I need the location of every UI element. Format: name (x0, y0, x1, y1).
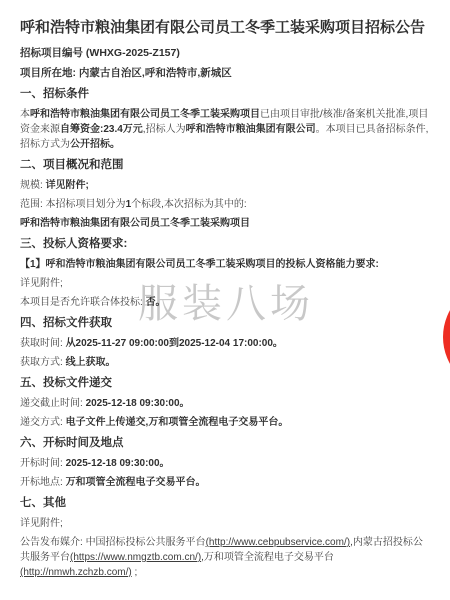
opening-place-label: 开标地点: (20, 477, 66, 488)
consortium-value: 否。 (146, 297, 166, 308)
qualification-item: 【1】呼和浩特市粮油集团有限公司员工冬季工装采购项目的投标人资格能力要求: (20, 257, 430, 272)
section-heading-tender-conditions: 一、招标条件 (20, 87, 430, 102)
project-name: 呼和浩特市粮油集团有限公司员工冬季工装采购项目 (30, 109, 260, 120)
other-detail: 详见附件; (20, 516, 430, 531)
obtain-time-line: 获取时间: 从2025-11-27 09:00:00到2025-12-04 17… (20, 336, 430, 351)
section-heading-other: 七、其他 (20, 496, 430, 511)
section-heading-bid-submission: 五、投标文件递交 (20, 376, 430, 391)
tenderer-name: 呼和浩特市粮油集团有限公司 (186, 124, 316, 135)
section-heading-bid-opening: 六、开标时间及地点 (20, 436, 430, 451)
project-location: 项目所在地: 内蒙古自治区,呼和浩特市,新城区 (20, 66, 430, 81)
nmgztb-link[interactable]: (https://www.nmgztb.com.cn/) (70, 552, 201, 563)
text-segment: ; (132, 567, 138, 578)
tender-conditions-paragraph: 本呼和浩特市粮油集团有限公司员工冬季工装采购项目已由项目审批/核准/备案机关批准… (20, 107, 430, 152)
opening-place-line: 开标地点: 万和项管全流程电子交易平台。 (20, 475, 430, 490)
obtain-method-value: 线上获取。 (66, 357, 116, 368)
platform-name: ,万和项管全流程电子交易平台 (201, 552, 334, 563)
scope-prefix: 范围: 本招标项目划分为 (20, 199, 126, 210)
scale-label: 规模: (20, 180, 46, 191)
text-segment: ,招标人为 (143, 124, 186, 135)
tender-announcement-page: 服装八场 呼和浩特市粮油集团有限公司员工冬季工装采购项目招标公告 招标项目编号 … (0, 0, 450, 600)
section-heading-project-overview: 二、项目概况和范围 (20, 158, 430, 173)
page-title: 呼和浩特市粮油集团有限公司员工冬季工装采购项目招标公告 (20, 18, 430, 38)
bid-opening-time: 2025-12-18 09:30:00。 (66, 458, 170, 469)
project-scope-line: 范围: 本招标项目划分为1个标段,本次招标为其中的: (20, 197, 430, 212)
funding-amount: 自筹资金:23.4万元 (60, 124, 143, 135)
doc-obtain-period: 从2025-11-27 09:00:00到2025-12-04 17:00:00… (66, 338, 283, 349)
nmwh-zchzb-link[interactable]: (http://nmwh.zchzb.com/) (20, 567, 132, 578)
submission-deadline: 2025-12-18 09:30:00。 (86, 398, 190, 409)
consortium-line: 本项目是否允许联合体投标: 否。 (20, 295, 430, 310)
opening-time-label: 开标时间: (20, 458, 66, 469)
bid-opening-place: 万和项管全流程电子交易平台。 (66, 477, 206, 488)
document-body: 呼和浩特市粮油集团有限公司员工冬季工装采购项目招标公告 招标项目编号 (WHXG… (0, 0, 450, 580)
announcement-media-line: 公告发布媒介: 中国招标投标公共服务平台(http://www.cebpubse… (20, 535, 430, 580)
qualification-detail: 详见附件; (20, 276, 430, 291)
submission-method-value: 电子文件上传递交,万和项管全流程电子交易平台。 (66, 417, 289, 428)
lot-name-line: 呼和浩特市粮油集团有限公司员工冬季工装采购项目 (20, 216, 430, 231)
cebpubservice-link[interactable]: (http://www.cebpubservice.com/) (206, 537, 351, 548)
submission-method-line: 递交方式: 电子文件上传递交,万和项管全流程电子交易平台。 (20, 415, 430, 430)
project-number: 招标项目编号 (WHXG-2025-Z157) (20, 46, 430, 61)
obtain-time-label: 获取时间: (20, 338, 66, 349)
section-heading-document-obtain: 四、招标文件获取 (20, 316, 430, 331)
consortium-label: 本项目是否允许联合体投标: (20, 297, 146, 308)
submission-deadline-line: 递交截止时间: 2025-12-18 09:30:00。 (20, 396, 430, 411)
submission-method-label: 递交方式: (20, 417, 66, 428)
scope-suffix: 个标段,本次招标为其中的: (131, 199, 247, 210)
obtain-method-line: 获取方式: 线上获取。 (20, 355, 430, 370)
section-heading-bidder-qualification: 三、投标人资格要求: (20, 237, 430, 252)
platform-name: 中国招标投标公共服务平台 (86, 537, 206, 548)
project-scale-line: 规模: 详见附件; (20, 178, 430, 193)
submission-deadline-label: 递交截止时间: (20, 398, 86, 409)
obtain-method-label: 获取方式: (20, 357, 66, 368)
bid-method: 公开招标。 (70, 139, 120, 150)
scale-value: 详见附件; (46, 180, 89, 191)
text-segment: 本 (20, 109, 30, 120)
media-label: 公告发布媒介: (20, 537, 86, 548)
opening-time-line: 开标时间: 2025-12-18 09:30:00。 (20, 456, 430, 471)
